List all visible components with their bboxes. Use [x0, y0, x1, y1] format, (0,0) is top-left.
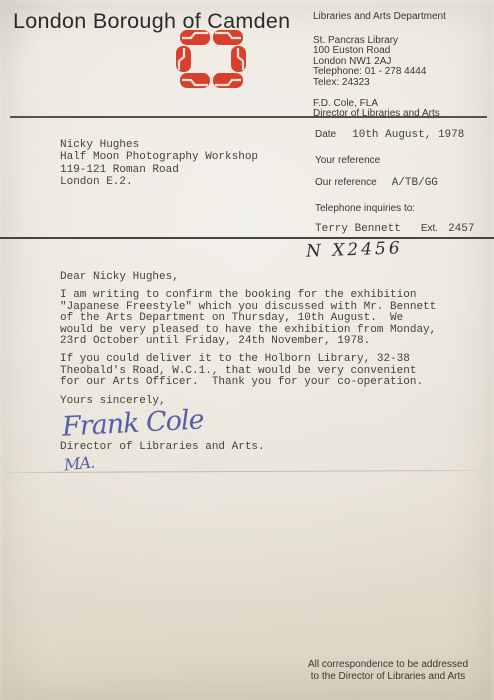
contact-name: Terry Bennett: [315, 223, 401, 235]
our-reference-label: Our reference: [315, 177, 377, 188]
camden-council-emblem-icon: [176, 30, 246, 88]
filing-annotation: N X2456: [306, 238, 403, 261]
body-paragraph-1: I am writing to confirm the booking for …: [60, 290, 436, 347]
letter-page: London Borough of Camden Libraries and A…: [0, 0, 494, 700]
letterhead-title: London Borough of Camden: [13, 9, 290, 34]
reference-rule: [0, 237, 494, 239]
date-value: 10th August, 1978: [352, 129, 464, 141]
letter-body: Dear Nicky Hughes, I am writing to confi…: [60, 272, 436, 407]
salutation: Dear Nicky Hughes,: [60, 272, 436, 283]
your-reference-label: Your reference: [315, 155, 380, 166]
our-reference-value: A/TB/GG: [392, 177, 438, 189]
department-name: Libraries and Arts Department: [313, 12, 489, 23]
signatory-title: Director of Libraries and Arts.: [60, 441, 265, 453]
ext-label: Ext.: [421, 223, 438, 234]
recipient-address: Nicky Hughes Half Moon Photography Works…: [60, 139, 258, 189]
telephone-inquiries-label: Telephone inquiries to:: [315, 203, 415, 214]
closing: Yours sincerely,: [60, 396, 436, 407]
library-address: St. Pancras Library 100 Euston Road Lond…: [313, 36, 489, 89]
letterhead-rule: [10, 116, 487, 118]
signature-handwriting: Frank Cole: [61, 404, 204, 442]
body-paragraph-2: If you could deliver it to the Holborn L…: [60, 354, 436, 388]
date-label: Date: [315, 129, 336, 140]
footer-note: All correspondence to be addressed to th…: [292, 659, 484, 682]
ext-number: 2457: [448, 223, 474, 235]
